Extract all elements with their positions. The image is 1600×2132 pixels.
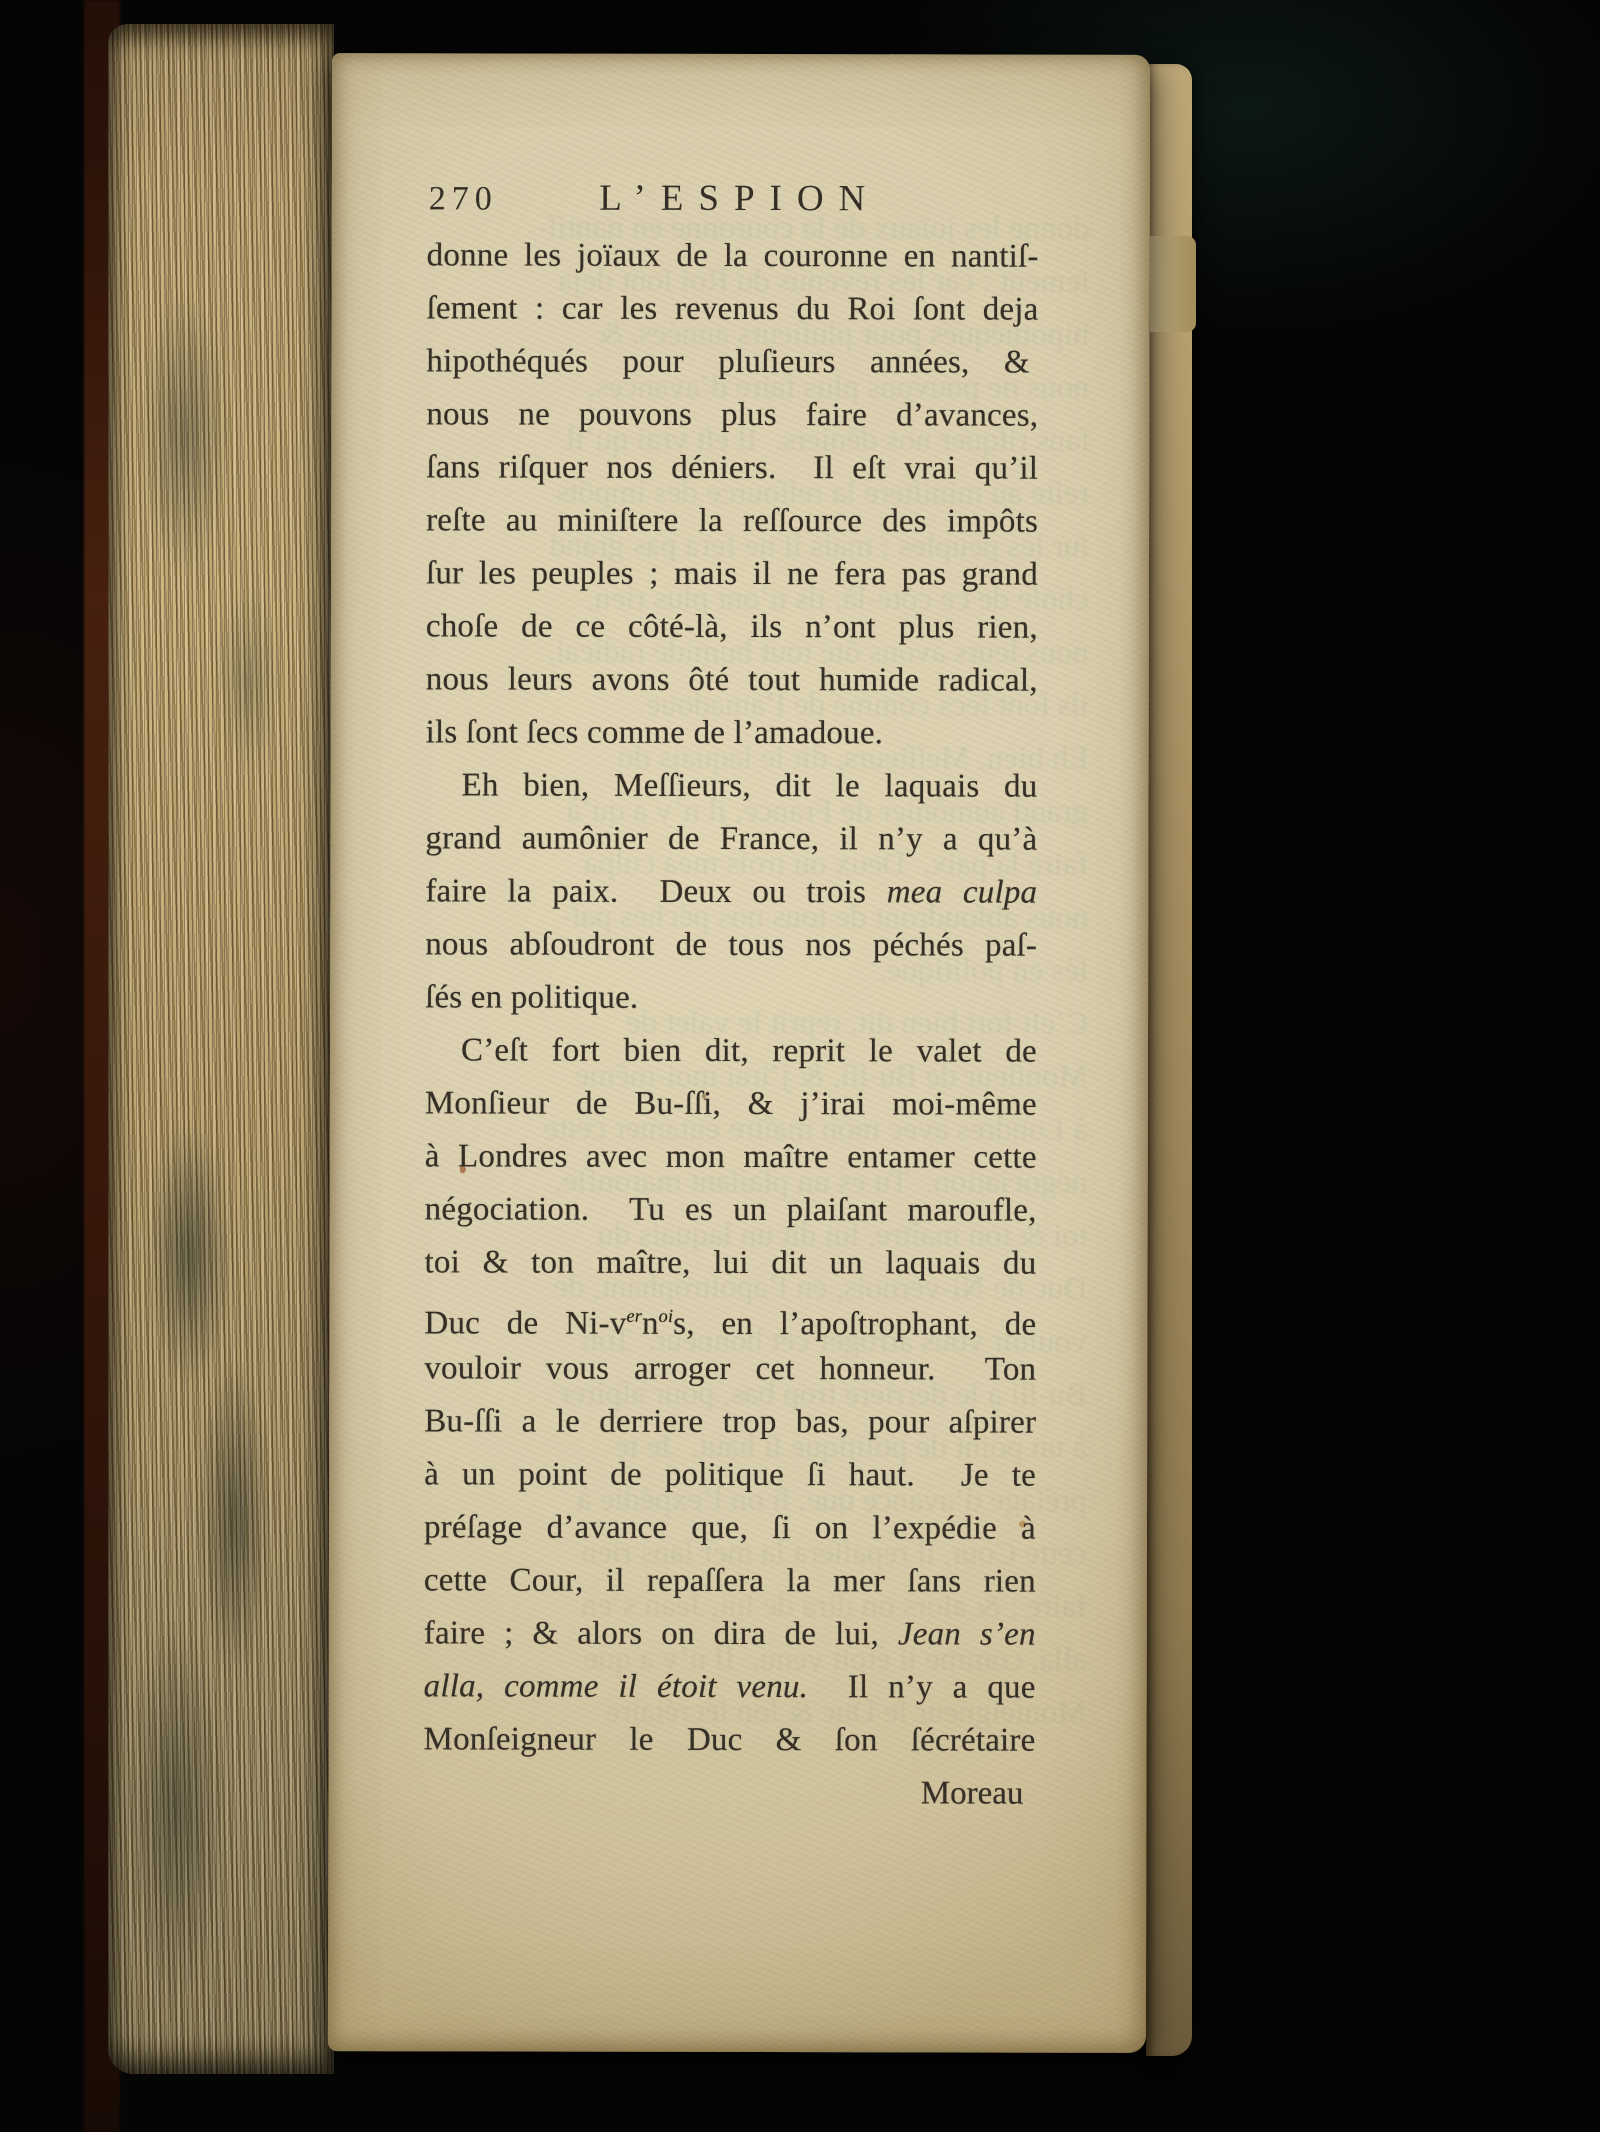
text-line: ils ſont ſecs comme de l’amadoue. xyxy=(426,706,1038,760)
page-number: 270 xyxy=(429,180,498,218)
underlying-page-tab xyxy=(1150,236,1196,332)
text-line: alla, comme il étoit venu. Il n’y a que xyxy=(424,1660,1036,1714)
page-header: 270 L’ESPION xyxy=(427,176,1039,230)
text-line: nous leurs avons ôté tout humide radical… xyxy=(426,653,1038,707)
running-title: L’ESPION xyxy=(427,176,1039,220)
text-line: faire ; & alors on dira de lui, Jean s’e… xyxy=(424,1607,1036,1661)
book-page: donne les joïaux de la couronne en nanti… xyxy=(328,53,1150,2053)
text-line: grand aumônier de France, il n’y a qu’à xyxy=(425,812,1037,866)
text-line: hipothéqués pour pluſieurs années, & xyxy=(426,335,1038,389)
text-line: préſage d’avance que, ſi on l’expédie à xyxy=(424,1501,1036,1555)
text-line: ſés en politique. xyxy=(425,971,1037,1025)
text-line: nous abſoudront de tous nos péchés paſ- xyxy=(425,918,1037,972)
text-line: C’eſt fort bien dit, reprit le valet de xyxy=(425,1024,1037,1078)
text-line: à un point de politique ſi haut. Je te xyxy=(424,1448,1036,1502)
text-line: Eh bien, Meſſieurs, dit le laquais du xyxy=(426,759,1038,813)
text-block: 270 L’ESPION donne les joïaux de la cour… xyxy=(423,175,1038,1820)
text-line: Monſeigneur le Duc & ſon ſécrétaire xyxy=(424,1713,1036,1767)
text-line: Bu-ſſi a le derriere trop bas, pour aſpi… xyxy=(424,1395,1036,1449)
scanned-book-photo: donne les joïaux de la couronne en nanti… xyxy=(0,0,1600,2132)
page-text: donne les joïaux de la couronne en nanti… xyxy=(424,229,1039,1767)
text-line: donne les joïaux de la couronne en nanti… xyxy=(427,229,1039,283)
text-line: Duc de Ni-vernois, en l’apoſtrophant, de xyxy=(424,1289,1036,1343)
book-fore-edge xyxy=(108,24,334,2074)
text-line: faire la paix. Deux ou trois mea culpa xyxy=(425,865,1037,919)
text-line: négociation. Tu es un plaiſant maroufle, xyxy=(425,1183,1037,1237)
text-line: ſement : car les revenus du Roi ſont dej… xyxy=(427,282,1039,336)
underlying-page-edge xyxy=(1146,64,1192,2056)
text-line: Monſieur de Bu-ſſi, & j’irai moi-même xyxy=(425,1077,1037,1131)
text-line: ſur les peuples ; mais il ne fera pas gr… xyxy=(426,547,1038,601)
text-line: toi & ton maître, lui dit un laquais du xyxy=(425,1236,1037,1290)
text-line: vouloir vous arroger cet honneur. Ton xyxy=(424,1342,1036,1396)
text-line: cette Cour, il repaſſera la mer ſans rie… xyxy=(424,1554,1036,1608)
catchword: Moreau xyxy=(423,1766,1035,1820)
text-line: choſe de ce côté-là, ils n’ont plus rien… xyxy=(426,600,1038,654)
text-line: reſte au miniſtere la reſſource des impô… xyxy=(426,494,1038,548)
text-line: à Londres avec mon maître entamer cette xyxy=(425,1130,1037,1184)
text-line: ſans riſquer nos déniers. Il eſt vrai qu… xyxy=(426,441,1038,495)
text-line: nous ne pouvons plus faire d’avances, xyxy=(426,388,1038,442)
